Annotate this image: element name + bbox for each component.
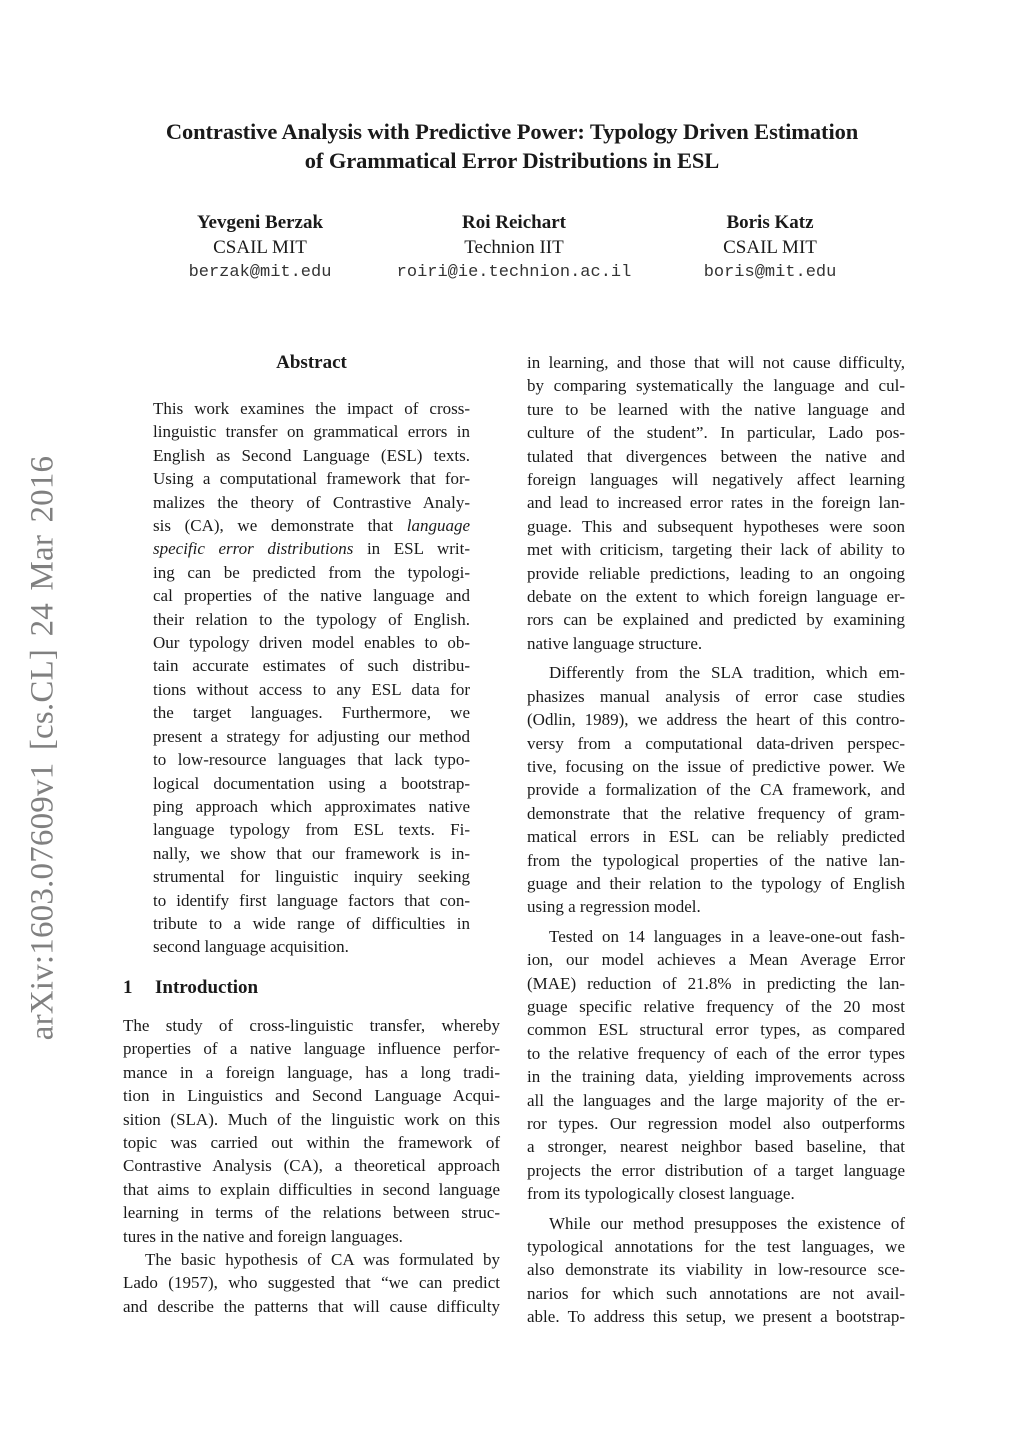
author-email[interactable]: roiri@ie.technion.ac.il [364, 260, 664, 285]
body-line: rors can be explained and predicted by e… [527, 608, 905, 631]
author-email[interactable]: boris@mit.edu [670, 260, 870, 285]
body-line: from its typologically closest language. [527, 1182, 905, 1205]
body-line: Tested on 14 languages in a leave-one-ou… [527, 925, 905, 948]
section-heading-introduction: 1Introduction [123, 976, 258, 1000]
body-line: native language structure. [527, 632, 905, 655]
author-email[interactable]: berzak@mit.edu [160, 260, 360, 285]
body-line: tulated that divergences between the nat… [527, 445, 905, 468]
author-affiliation: CSAIL MIT [670, 235, 870, 260]
body-line: narios for which such annotations are no… [527, 1282, 905, 1305]
body-line: foreign languages will negatively affect… [527, 468, 905, 491]
body-line: learning in terms of the relations betwe… [123, 1201, 500, 1224]
body-line: sition (SLA). Much of the linguistic wor… [123, 1108, 500, 1131]
body-line: using a regression model. [527, 895, 905, 918]
body-line: Differently from the SLA tradition, whic… [527, 661, 905, 684]
abstract-line: This work examines the impact of cross- [153, 397, 470, 420]
abstract-line: ing can be predicted from the typologi- [153, 561, 470, 584]
body-line: (Odlin, 1989), we address the heart of t… [527, 708, 905, 731]
body-line: in the training data, yielding improveme… [527, 1065, 905, 1088]
body-line: common ESL structural error types, as co… [527, 1018, 905, 1041]
body-line: Contrastive Analysis (CA), a theoretical… [123, 1154, 500, 1177]
author-name: Boris Katz [670, 210, 870, 235]
author-block: Yevgeni Berzak CSAIL MIT berzak@mit.edu … [0, 210, 1024, 290]
paper-title: Contrastive Analysis with Predictive Pow… [110, 117, 914, 175]
paragraph: in learning, and those that will not cau… [527, 351, 905, 655]
paragraph: Differently from the SLA tradition, whic… [527, 661, 905, 918]
abstract-line: English as Second Language (ESL) texts. [153, 444, 470, 467]
body-line: versy from a computational data-driven p… [527, 732, 905, 755]
title-line-2: of Grammatical Error Distributions in ES… [110, 146, 914, 175]
abstract-line: malizes the theory of Contrastive Analy- [153, 491, 470, 514]
body-line: Lado (1957), who suggested that “we can … [123, 1271, 500, 1294]
author-3: Boris Katz CSAIL MIT boris@mit.edu [670, 210, 870, 285]
author-2: Roi Reichart Technion IIT roiri@ie.techn… [364, 210, 664, 285]
author-affiliation: Technion IIT [364, 235, 664, 260]
body-line: to the relative frequency of each of the… [527, 1042, 905, 1065]
body-line: phasizes manual analysis of error case s… [527, 685, 905, 708]
body-line: The study of cross-linguistic transfer, … [123, 1014, 500, 1037]
author-name: Roi Reichart [364, 210, 664, 235]
abstract-emphasis: language [407, 516, 470, 535]
abstract-line: Our typology driven model enables to ob- [153, 631, 470, 654]
arxiv-identifier-stamp: arXiv:1603.07609v1 [cs.CL] 24 Mar 2016 [25, 456, 62, 1041]
body-line: mance in a foreign language, has a long … [123, 1061, 500, 1084]
body-line: tive, focusing on the issue of predictiv… [527, 755, 905, 778]
body-line: all the languages and the large majority… [527, 1089, 905, 1112]
paragraph: While our method presupposes the existen… [527, 1212, 905, 1329]
body-line: able. To address this setup, we present … [527, 1305, 905, 1328]
abstract-line: linguistic transfer on grammatical error… [153, 420, 470, 443]
body-line: projects the error distribution of a tar… [527, 1159, 905, 1182]
body-line: guage and their relation to the typology… [527, 872, 905, 895]
section-number: 1 [123, 976, 155, 1000]
body-line: topic was carried out within the framewo… [123, 1131, 500, 1154]
body-line: guage. This and subsequent hypotheses we… [527, 515, 905, 538]
paragraph: Tested on 14 languages in a leave-one-ou… [527, 925, 905, 1206]
abstract-line: to low-resource languages that lack typo… [153, 748, 470, 771]
abstract-line: logical documentation using a bootstrap- [153, 772, 470, 795]
abstract-line: language typology from ESL texts. Fi- [153, 818, 470, 841]
body-line: that aims to explain difficulties in sec… [123, 1178, 500, 1201]
body-line: demonstrate that the relative frequency … [527, 802, 905, 825]
abstract-line: present a strategy for adjusting our met… [153, 725, 470, 748]
abstract-line: cal properties of the native language an… [153, 584, 470, 607]
body-line: ture to be learned with the native langu… [527, 398, 905, 421]
abstract-line: tribute to a wide range of difficulties … [153, 912, 470, 935]
body-line: debate on the extent to which foreign la… [527, 585, 905, 608]
body-line: matical errors in ESL can be reliably pr… [527, 825, 905, 848]
body-line: The basic hypothesis of CA was formulate… [123, 1248, 500, 1271]
body-line: tion in Linguistics and Second Language … [123, 1084, 500, 1107]
body-line: provide reliable predictions, leading to… [527, 562, 905, 585]
paper-page: arXiv:1603.07609v1 [cs.CL] 24 Mar 2016 C… [0, 0, 1024, 1448]
body-line: met with criticism, targeting their lack… [527, 538, 905, 561]
abstract-line-mixed: sis (CA), we demonstrate that language [153, 514, 470, 537]
abstract-line-mixed: specific error distributions in ESL writ… [153, 537, 470, 560]
body-line: ror types. Our regression model also out… [527, 1112, 905, 1135]
body-line: ion, our model achieves a Mean Average E… [527, 948, 905, 971]
body-line: from the typological properties of the n… [527, 849, 905, 872]
body-line: a stronger, nearest neighbor based basel… [527, 1135, 905, 1158]
abstract-line: to identify first language factors that … [153, 889, 470, 912]
introduction-right-column: in learning, and those that will not cau… [527, 351, 905, 1329]
abstract-line: second language acquisition. [153, 935, 470, 958]
body-line: and describe the patterns that will caus… [123, 1295, 500, 1318]
body-line: properties of a native language influenc… [123, 1037, 500, 1060]
abstract-line: the target languages. Furthermore, we [153, 701, 470, 724]
body-line: culture of the student”. In particular, … [527, 421, 905, 444]
body-line: tures in the native and foreign language… [123, 1225, 500, 1248]
abstract-line: nally, we show that our framework is in- [153, 842, 470, 865]
author-name: Yevgeni Berzak [160, 210, 360, 235]
body-line: and lead to increased error rates in the… [527, 491, 905, 514]
author-affiliation: CSAIL MIT [160, 235, 360, 260]
body-line: provide a formalization of the CA framew… [527, 778, 905, 801]
abstract-line: strumental for linguistic inquiry seekin… [153, 865, 470, 888]
abstract-line: Using a computational framework that for… [153, 467, 470, 490]
title-line-1: Contrastive Analysis with Predictive Pow… [110, 117, 914, 146]
body-line: (MAE) reduction of 21.8% in predicting t… [527, 972, 905, 995]
introduction-left-column: The study of cross-linguistic transfer, … [123, 1014, 500, 1318]
body-line: typological annotations for the test lan… [527, 1235, 905, 1258]
abstract-emphasis: specific error distributions [153, 539, 353, 558]
abstract-line: tain accurate estimates of such distribu… [153, 654, 470, 677]
body-line: in learning, and those that will not cau… [527, 351, 905, 374]
abstract-heading: Abstract [123, 351, 500, 375]
section-title: Introduction [155, 977, 258, 998]
body-line: also demonstrate its viability in low-re… [527, 1258, 905, 1281]
body-line: While our method presupposes the existen… [527, 1212, 905, 1235]
author-1: Yevgeni Berzak CSAIL MIT berzak@mit.edu [160, 210, 360, 285]
body-line: by comparing systematically the language… [527, 374, 905, 397]
abstract-body: This work examines the impact of cross- … [153, 397, 470, 959]
body-line: guage specific relative frequency of the… [527, 995, 905, 1018]
abstract-line: their relation to the typology of Englis… [153, 608, 470, 631]
abstract-line: tions without access to any ESL data for [153, 678, 470, 701]
abstract-line: ping approach which approximates native [153, 795, 470, 818]
